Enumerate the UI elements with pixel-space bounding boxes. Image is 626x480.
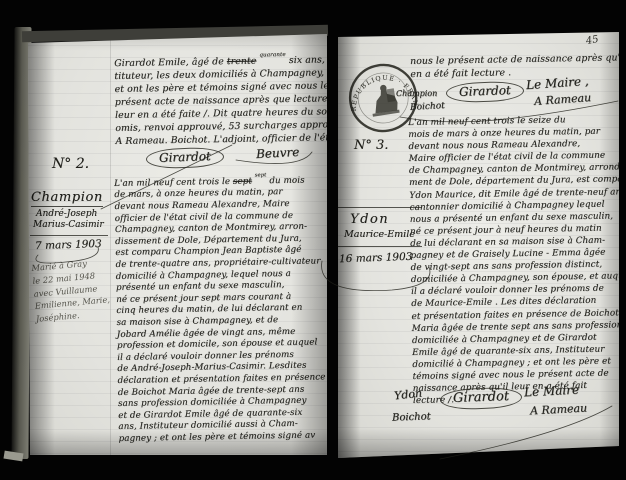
birth-act-3-text: L'an mil neuf cent trois le seize dumois… (408, 113, 619, 407)
signature-girardot-left: Girardot (146, 147, 224, 170)
margin-surname-left: Champion (31, 190, 103, 207)
margin-date-right: 16 mars 1903 (339, 251, 413, 266)
act-number-right: N° 3. (354, 138, 388, 153)
right-register-page: 45 RÉPUBLIQUE · FRANÇAISE N° 3. Ydon Mau… (338, 32, 619, 458)
marriage-annotation: Marié à Grayle 22 mai 1948avec Vuillaume… (31, 255, 112, 325)
signature-girardot-bottom: Girardot (440, 387, 523, 411)
margin-surname-right: Ydon (350, 212, 389, 227)
page-corner-sliver (3, 451, 23, 462)
margin-divider (30, 235, 108, 236)
previous-act-text: Girardot Emile, âgé de trente quarante s… (114, 51, 327, 148)
margin-given-names-2: Marius-Casimir (33, 220, 104, 230)
signature-girardot-top: Girardot (446, 81, 524, 104)
register-scan: N° 2. Champion André-Joseph Marius-Casim… (0, 0, 626, 480)
signature-rameau-top: A Rameau (534, 91, 592, 108)
signature-boichot-bottom: Boichot (392, 411, 431, 423)
birth-act-2-text: L'an mil neuf cent trois le sept sept du… (114, 172, 327, 445)
text-line: pagney ; et ont les père et témoins sign… (119, 430, 327, 445)
margin-date-left: 7 mars 1903 (35, 238, 102, 252)
signature-beuvre: Beuvre (256, 145, 300, 161)
signature-rameau-bottom: A Rameau (530, 402, 588, 418)
signature-champion: Champion (396, 89, 437, 98)
margin-given-names-1: André-Joseph (36, 209, 97, 219)
le-maire-label-top: Le Maire , (526, 74, 589, 92)
act-number-left: N° 2. (52, 156, 89, 172)
margin-given-names-right: Maurice-Emile (344, 229, 415, 240)
left-register-page: N° 2. Champion André-Joseph Marius-Casim… (28, 34, 327, 455)
le-maire-label-bottom: Le Maire (524, 383, 580, 400)
signature-boichot-top: Boichot (410, 101, 445, 113)
folio-number: 45 (585, 34, 599, 47)
margin-rule-line (110, 40, 111, 455)
